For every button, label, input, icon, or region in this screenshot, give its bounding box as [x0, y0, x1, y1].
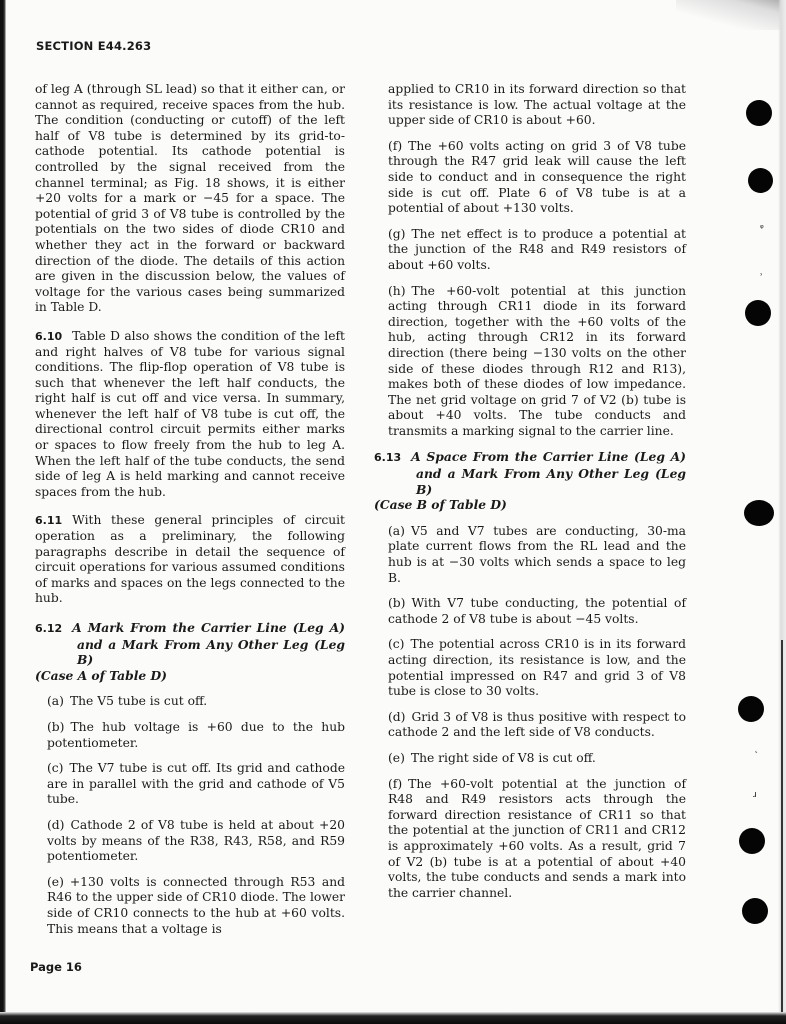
left-column: of leg A (through SL lead) so that it ei…	[35, 82, 345, 947]
section-title: A Space From the Carrier Line (Leg A) an…	[411, 449, 686, 496]
paragraph-text: Table D also shows the condition of the …	[35, 329, 345, 499]
punch-hole-icon	[744, 500, 774, 526]
scan-speck: ɹ	[753, 790, 757, 800]
scan-border-right-line	[781, 640, 783, 1012]
paragraph-6-10: 6.10Table D also shows the condition of …	[35, 329, 345, 501]
list-item: (a)V5 and V7 tubes are conducting, 30-ma…	[388, 524, 686, 586]
right-column: applied to CR10 in its forward direction…	[376, 82, 686, 911]
section-number: 6.13	[374, 451, 401, 464]
punch-hole-icon	[738, 696, 764, 722]
list-item: (g)The net effect is to produce a potent…	[388, 227, 686, 274]
list-item: (f)The +60 volts acting on grid 3 of V8 …	[388, 139, 686, 217]
scan-speck: ˛	[754, 744, 759, 754]
list-item: (e)+130 volts is connected through R53 a…	[47, 875, 345, 937]
list-item: (a)The V5 tube is cut off.	[47, 694, 345, 710]
list-item: (e)The right side of V8 is cut off.	[388, 751, 686, 767]
paragraph-number: 6.11	[35, 514, 62, 527]
scan-border-left	[0, 0, 6, 1024]
section-heading-6-13: 6.13A Space From the Carrier Line (Leg A…	[374, 449, 686, 512]
scan-speck: ʾ	[760, 273, 763, 283]
scan-shadow	[676, 0, 786, 30]
paragraph-6-11: 6.11With these general principles of cir…	[35, 513, 345, 607]
list-item: (f)The +60-volt potential at the junctio…	[388, 777, 686, 902]
list-item: (d)Cathode 2 of V8 tube is held at about…	[47, 818, 345, 865]
list-item: (b)With V7 tube conducting, the potentia…	[388, 596, 686, 627]
list-item: (d)Grid 3 of V8 is thus positive with re…	[388, 710, 686, 741]
list-item: (h)The +60-volt potential at this juncti…	[388, 284, 686, 440]
intro-paragraph: of leg A (through SL lead) so that it ei…	[35, 82, 345, 316]
scan-speck: ᵠ	[760, 224, 764, 234]
paragraph-text: With these general principles of circuit…	[35, 513, 345, 605]
section-header: SECTION E44.263	[36, 39, 151, 53]
list-item: (b)The hub voltage is +60 due to the hub…	[47, 720, 345, 751]
punch-hole-icon	[745, 300, 771, 326]
list-item: (c)The V7 tube is cut off. Its grid and …	[47, 761, 345, 808]
continuation-paragraph: applied to CR10 in its forward direction…	[388, 82, 686, 129]
section-heading-6-12: 6.12A Mark From the Carrier Line (Leg A)…	[35, 620, 345, 683]
punch-hole-icon	[739, 828, 765, 854]
list-item: (c)The potential across CR10 is in its f…	[388, 637, 686, 699]
punch-hole-icon	[748, 168, 773, 193]
section-subtitle: (Case A of Table D)	[35, 668, 167, 683]
paragraph-number: 6.10	[35, 330, 62, 343]
section-subtitle: (Case B of Table D)	[374, 497, 507, 512]
section-title: A Mark From the Carrier Line (Leg A) and…	[72, 620, 345, 667]
punch-hole-icon	[746, 100, 772, 126]
scan-border-bottom	[0, 1012, 786, 1024]
section-number: 6.12	[35, 622, 62, 635]
page-number: Page 16	[30, 960, 82, 974]
punch-hole-icon	[742, 898, 768, 924]
